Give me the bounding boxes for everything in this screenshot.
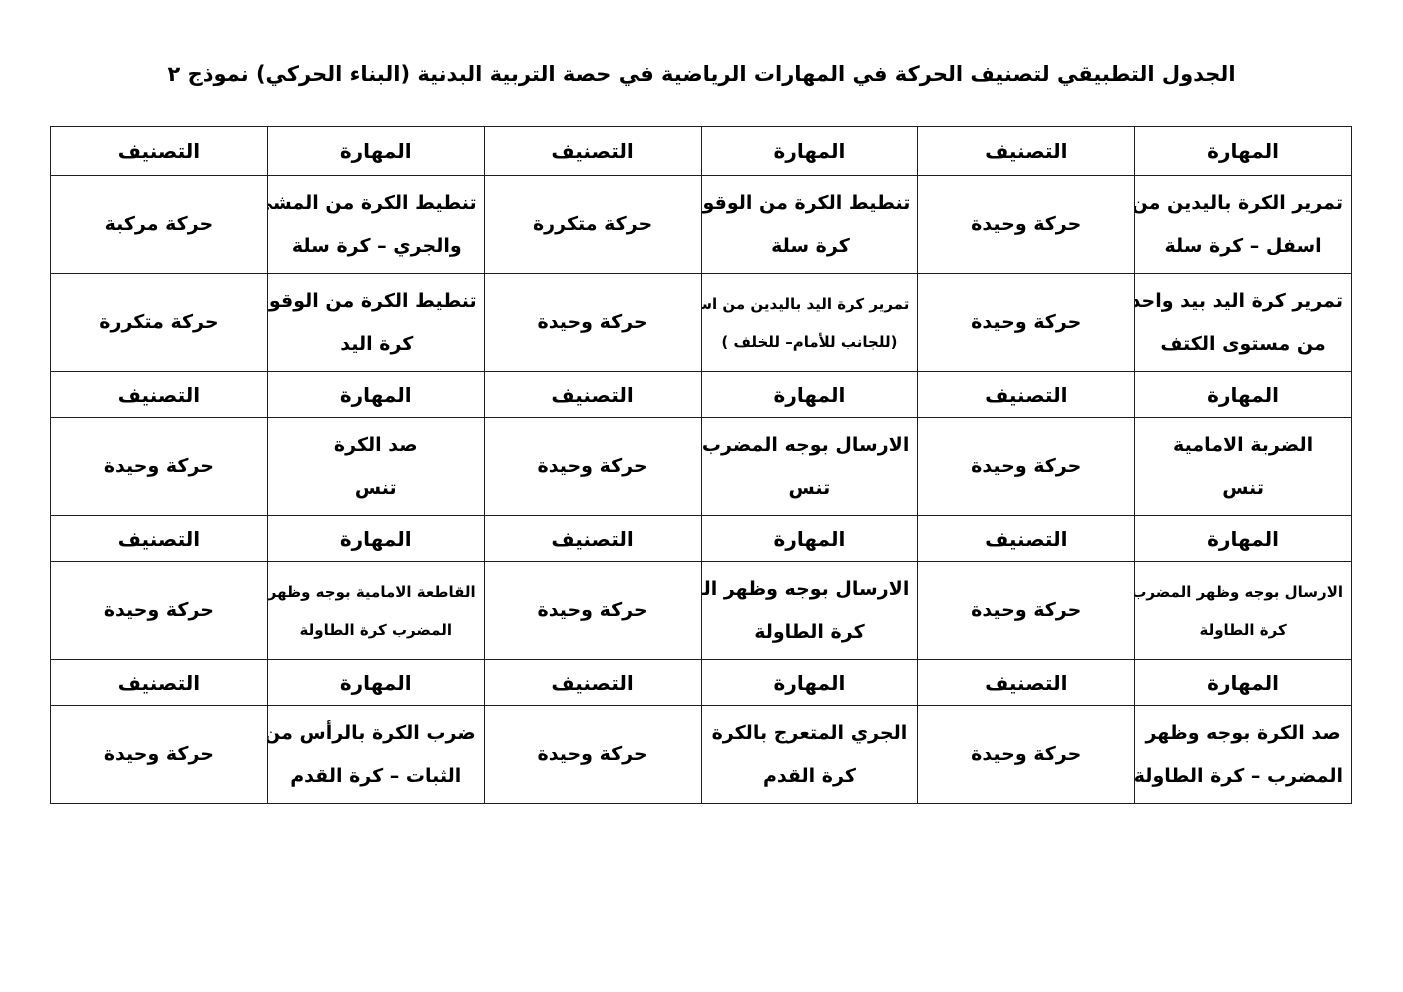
cell-text-line: التصنيف <box>59 671 259 695</box>
cell-text-line: التصنيف <box>493 383 693 407</box>
classification-column-header: التصنيف <box>918 660 1135 706</box>
column-header-row: المهارةالتصنيفالمهارةالتصنيفالمهارةالتصن… <box>51 660 1352 706</box>
classification-column-header: التصنيف <box>484 127 701 176</box>
skill-cell: الارسال بوجه وظهر المضربكرة الطاولة <box>701 562 918 660</box>
cell-text-line: والجري – كرة سلة <box>277 235 477 258</box>
classification-cell: حركة وحيدة <box>918 418 1135 516</box>
cell-text-line: الارسال بوجه وظهر المضرب <box>1143 583 1343 601</box>
cell-text: المهارة <box>710 383 910 407</box>
table-row: صد الكرة بوجه وظهرالمضرب – كرة الطاولةحر… <box>51 706 1352 804</box>
column-header-row: المهارةالتصنيفالمهارةالتصنيفالمهارةالتصن… <box>51 372 1352 418</box>
skill-column-header: المهارة <box>701 372 918 418</box>
classification-cell: حركة وحيدة <box>484 274 701 372</box>
cell-text: حركة متكررة <box>59 311 259 334</box>
cell-text: حركة وحيدة <box>926 455 1126 478</box>
table-row: الضربة الاماميةتنسحركة وحيدةالارسال بوجه… <box>51 418 1352 516</box>
classification-cell: حركة متكررة <box>51 274 268 372</box>
skill-cell: صد الكرةتنس <box>267 418 484 516</box>
cell-text-line: تمرير كرة اليد بيد واحدة <box>1143 290 1343 313</box>
table-row: تمرير كرة اليد بيد واحدةمن مستوى الكتفحر… <box>51 274 1352 372</box>
cell-text-line: المهارة <box>1143 527 1343 551</box>
cell-text-line: المهارة <box>1143 671 1343 695</box>
cell-text: حركة وحيدة <box>926 599 1126 622</box>
cell-text: حركة وحيدة <box>493 599 693 622</box>
cell-text-line: المهارة <box>276 139 476 163</box>
document-page: الجدول التطبيقي لتصنيف الحركة في المهارا… <box>0 0 1403 992</box>
cell-text: الارسال بوجه المضربتنس <box>710 434 910 500</box>
cell-text: التصنيف <box>493 671 693 695</box>
cell-text-line: المهارة <box>710 527 910 551</box>
cell-text-line: المضرب كرة الطاولة <box>276 621 476 639</box>
cell-text-line: التصنيف <box>926 671 1126 695</box>
cell-text: حركة وحيدة <box>493 311 693 334</box>
cell-text: التصنيف <box>59 671 259 695</box>
cell-text: المهارة <box>276 383 476 407</box>
cell-text: حركة متكررة <box>493 213 693 236</box>
cell-text: صد الكرةتنس <box>276 434 476 500</box>
cell-text: المهارة <box>1143 671 1343 695</box>
cell-text-line: حركة وحيدة <box>926 213 1126 236</box>
skill-column-header: المهارة <box>701 516 918 562</box>
cell-text: المهارة <box>276 139 476 163</box>
cell-text-line: حركة وحيدة <box>493 455 693 478</box>
classification-cell: حركة وحيدة <box>918 176 1135 274</box>
cell-text-line: الجري المتعرج بالكرة <box>710 722 910 745</box>
classification-column-header: التصنيف <box>484 372 701 418</box>
cell-text: التصنيف <box>59 383 259 407</box>
cell-text: المهارة <box>710 527 910 551</box>
cell-text: حركة وحيدة <box>493 743 693 766</box>
skill-cell: تنطيط الكرة من الوقوفكرة اليد <box>267 274 484 372</box>
cell-text: المهارة <box>276 527 476 551</box>
cell-text-line: (للجانب للأمام– للخلف ) <box>710 333 910 351</box>
classification-cell: حركة متكررة <box>484 176 701 274</box>
cell-text: التصنيف <box>493 383 693 407</box>
cell-text-line: المهارة <box>276 671 476 695</box>
cell-text-line: المهارة <box>276 527 476 551</box>
skill-cell: الضربة الاماميةتنس <box>1135 418 1352 516</box>
cell-text-line: حركة وحيدة <box>926 599 1126 622</box>
classification-cell: حركة وحيدة <box>51 706 268 804</box>
cell-text: حركة وحيدة <box>926 213 1126 236</box>
classification-cell: حركة وحيدة <box>484 418 701 516</box>
cell-text-line: التصنيف <box>926 139 1126 163</box>
classification-column-header: التصنيف <box>51 127 268 176</box>
cell-text: حركة وحيدة <box>926 311 1126 334</box>
cell-text: تمرير كرة اليد باليدين من اسفل(للجانب لل… <box>710 295 910 351</box>
column-header-row: المهارةالتصنيفالمهارةالتصنيفالمهارةالتصن… <box>51 516 1352 562</box>
cell-text: المهارة <box>710 139 910 163</box>
cell-text: الارسال بوجه وظهر المضربكرة الطاولة <box>1143 583 1343 639</box>
skill-column-header: المهارة <box>267 660 484 706</box>
cell-text: المهارة <box>710 671 910 695</box>
cell-text-line: اسفل – كرة سلة <box>1143 235 1343 258</box>
cell-text-line: كرة اليد <box>277 333 477 356</box>
cell-text-line: تنطيط الكرة من المشي <box>277 192 477 215</box>
cell-text: التصنيف <box>59 139 259 163</box>
table-row: الارسال بوجه وظهر المضربكرة الطاولةحركة … <box>51 562 1352 660</box>
skill-cell: الجري المتعرج بالكرةكرة القدم <box>701 706 918 804</box>
cell-text-line: حركة وحيدة <box>59 599 259 622</box>
cell-text-line: المهارة <box>1143 139 1343 163</box>
cell-text-line: التصنيف <box>493 527 693 551</box>
skill-cell: ضرب الكرة بالرأس منالثبات – كرة القدم <box>267 706 484 804</box>
classification-cell: حركة وحيدة <box>51 562 268 660</box>
cell-text-line: ضرب الكرة بالرأس من <box>276 722 476 745</box>
skill-column-header: المهارة <box>1135 660 1352 706</box>
cell-text: الارسال بوجه وظهر المضربكرة الطاولة <box>710 578 910 644</box>
classification-column-header: التصنيف <box>51 372 268 418</box>
cell-text-line: التصنيف <box>493 671 693 695</box>
cell-text-line: المهارة <box>710 671 910 695</box>
classification-column-header: التصنيف <box>51 516 268 562</box>
cell-text: التصنيف <box>493 139 693 163</box>
cell-text-line: تنطيط الكرة من الوقوف <box>277 290 477 313</box>
cell-text-line: المهارة <box>1143 383 1343 407</box>
cell-text-line: المهارة <box>276 383 476 407</box>
cell-text-line: صد الكرة <box>276 434 476 457</box>
cell-text: التصنيف <box>926 139 1126 163</box>
classification-cell: حركة مركبة <box>51 176 268 274</box>
document-title: الجدول التطبيقي لتصنيف الحركة في المهارا… <box>0 62 1403 86</box>
classification-column-header: التصنيف <box>918 372 1135 418</box>
skill-cell: تمرير كرة اليد بيد واحدةمن مستوى الكتف <box>1135 274 1352 372</box>
cell-text-line: الضربة الامامية <box>1143 434 1343 457</box>
classification-cell: حركة وحيدة <box>484 562 701 660</box>
cell-text-line: الارسال بوجه المضرب <box>710 434 910 457</box>
skill-column-header: المهارة <box>1135 372 1352 418</box>
cell-text-line: من مستوى الكتف <box>1143 333 1343 356</box>
skill-cell: صد الكرة بوجه وظهرالمضرب – كرة الطاولة <box>1135 706 1352 804</box>
skill-cell: القاطعة الامامية بوجه وظهرالمضرب كرة الط… <box>267 562 484 660</box>
cell-text: ضرب الكرة بالرأس منالثبات – كرة القدم <box>276 722 476 788</box>
cell-text: حركة مركبة <box>59 213 259 236</box>
cell-text-line: التصنيف <box>493 139 693 163</box>
cell-text-line: كرة الطاولة <box>1143 621 1343 639</box>
cell-text: تنطيط الكرة من الوقوفكرة سلة <box>711 192 911 258</box>
skill-column-header: المهارة <box>701 660 918 706</box>
classification-cell: حركة وحيدة <box>51 418 268 516</box>
table-body: المهارةالتصنيفالمهارةالتصنيفالمهارةالتصن… <box>51 127 1352 804</box>
cell-text-line: حركة متكررة <box>493 213 693 236</box>
column-header-row: المهارةالتصنيفالمهارةالتصنيفالمهارةالتصن… <box>51 127 1352 176</box>
cell-text: حركة وحيدة <box>493 455 693 478</box>
cell-text-line: تنس <box>276 477 476 500</box>
cell-text-line: تنس <box>1143 477 1343 500</box>
classification-cell: حركة وحيدة <box>918 562 1135 660</box>
skill-column-header: المهارة <box>267 372 484 418</box>
cell-text: الجري المتعرج بالكرةكرة القدم <box>710 722 910 788</box>
cell-text-line: حركة وحيدة <box>926 311 1126 334</box>
cell-text: التصنيف <box>926 527 1126 551</box>
cell-text-line: حركة متكررة <box>59 311 259 334</box>
cell-text: القاطعة الامامية بوجه وظهرالمضرب كرة الط… <box>276 583 476 639</box>
cell-text-line: تنس <box>710 477 910 500</box>
cell-text-line: التصنيف <box>926 383 1126 407</box>
movement-classification-table: المهارةالتصنيفالمهارةالتصنيفالمهارةالتصن… <box>50 126 1352 804</box>
cell-text: المهارة <box>1143 139 1343 163</box>
cell-text: تمرير كرة اليد بيد واحدةمن مستوى الكتف <box>1143 290 1343 356</box>
classification-column-header: التصنيف <box>484 660 701 706</box>
cell-text-line: حركة وحيدة <box>493 311 693 334</box>
skill-cell: تمرير كرة اليد باليدين من اسفل(للجانب لل… <box>701 274 918 372</box>
cell-text-line: القاطعة الامامية بوجه وظهر <box>276 583 476 601</box>
skill-cell: الارسال بوجه وظهر المضربكرة الطاولة <box>1135 562 1352 660</box>
cell-text: حركة وحيدة <box>59 455 259 478</box>
cell-text: المهارة <box>1143 383 1343 407</box>
classification-cell: حركة وحيدة <box>918 274 1135 372</box>
cell-text-line: التصنيف <box>59 383 259 407</box>
cell-text-line: حركة وحيدة <box>59 743 259 766</box>
cell-text: التصنيف <box>926 671 1126 695</box>
cell-text: حركة وحيدة <box>926 743 1126 766</box>
cell-text: تمرير الكرة باليدين مناسفل – كرة سلة <box>1143 192 1343 258</box>
cell-text-line: كرة القدم <box>710 765 910 788</box>
cell-text: التصنيف <box>926 383 1126 407</box>
cell-text-line: المهارة <box>710 383 910 407</box>
cell-text: صد الكرة بوجه وظهرالمضرب – كرة الطاولة <box>1143 722 1343 788</box>
classification-column-header: التصنيف <box>51 660 268 706</box>
classification-cell: حركة وحيدة <box>918 706 1135 804</box>
cell-text-line: تنطيط الكرة من الوقوف <box>711 192 911 215</box>
cell-text: المهارة <box>1143 527 1343 551</box>
cell-text-line: حركة وحيدة <box>493 599 693 622</box>
cell-text-line: التصنيف <box>59 527 259 551</box>
cell-text-line: المضرب – كرة الطاولة <box>1143 765 1343 788</box>
classification-cell: حركة وحيدة <box>484 706 701 804</box>
skill-cell: تنطيط الكرة من الوقوفكرة سلة <box>701 176 918 274</box>
cell-text: حركة وحيدة <box>59 599 259 622</box>
classification-column-header: التصنيف <box>484 516 701 562</box>
cell-text: المهارة <box>276 671 476 695</box>
skill-column-header: المهارة <box>267 516 484 562</box>
cell-text-line: كرة الطاولة <box>710 621 910 644</box>
cell-text: التصنيف <box>493 527 693 551</box>
cell-text-line: كرة سلة <box>711 235 911 258</box>
cell-text-line: حركة مركبة <box>59 213 259 236</box>
cell-text-line: حركة وحيدة <box>493 743 693 766</box>
cell-text-line: الثبات – كرة القدم <box>276 765 476 788</box>
cell-text: تنطيط الكرة من المشيوالجري – كرة سلة <box>277 192 477 258</box>
cell-text-line: تمرير الكرة باليدين من <box>1143 192 1343 215</box>
cell-text-line: صد الكرة بوجه وظهر <box>1143 722 1343 745</box>
skill-column-header: المهارة <box>701 127 918 176</box>
table-row: تمرير الكرة باليدين مناسفل – كرة سلةحركة… <box>51 176 1352 274</box>
skill-cell: تمرير الكرة باليدين مناسفل – كرة سلة <box>1135 176 1352 274</box>
cell-text-line: المهارة <box>710 139 910 163</box>
skill-column-header: المهارة <box>1135 127 1352 176</box>
cell-text-line: الارسال بوجه وظهر المضرب <box>710 578 910 601</box>
cell-text: الضربة الاماميةتنس <box>1143 434 1343 500</box>
skill-column-header: المهارة <box>1135 516 1352 562</box>
cell-text: التصنيف <box>59 527 259 551</box>
cell-text: حركة وحيدة <box>59 743 259 766</box>
cell-text-line: التصنيف <box>926 527 1126 551</box>
cell-text-line: حركة وحيدة <box>59 455 259 478</box>
skill-cell: تنطيط الكرة من المشيوالجري – كرة سلة <box>267 176 484 274</box>
skill-column-header: المهارة <box>267 127 484 176</box>
cell-text-line: حركة وحيدة <box>926 743 1126 766</box>
classification-column-header: التصنيف <box>918 516 1135 562</box>
cell-text-line: تمرير كرة اليد باليدين من اسفل <box>710 295 910 313</box>
cell-text-line: التصنيف <box>59 139 259 163</box>
cell-text-line: حركة وحيدة <box>926 455 1126 478</box>
classification-column-header: التصنيف <box>918 127 1135 176</box>
cell-text: تنطيط الكرة من الوقوفكرة اليد <box>277 290 477 356</box>
skill-cell: الارسال بوجه المضربتنس <box>701 418 918 516</box>
